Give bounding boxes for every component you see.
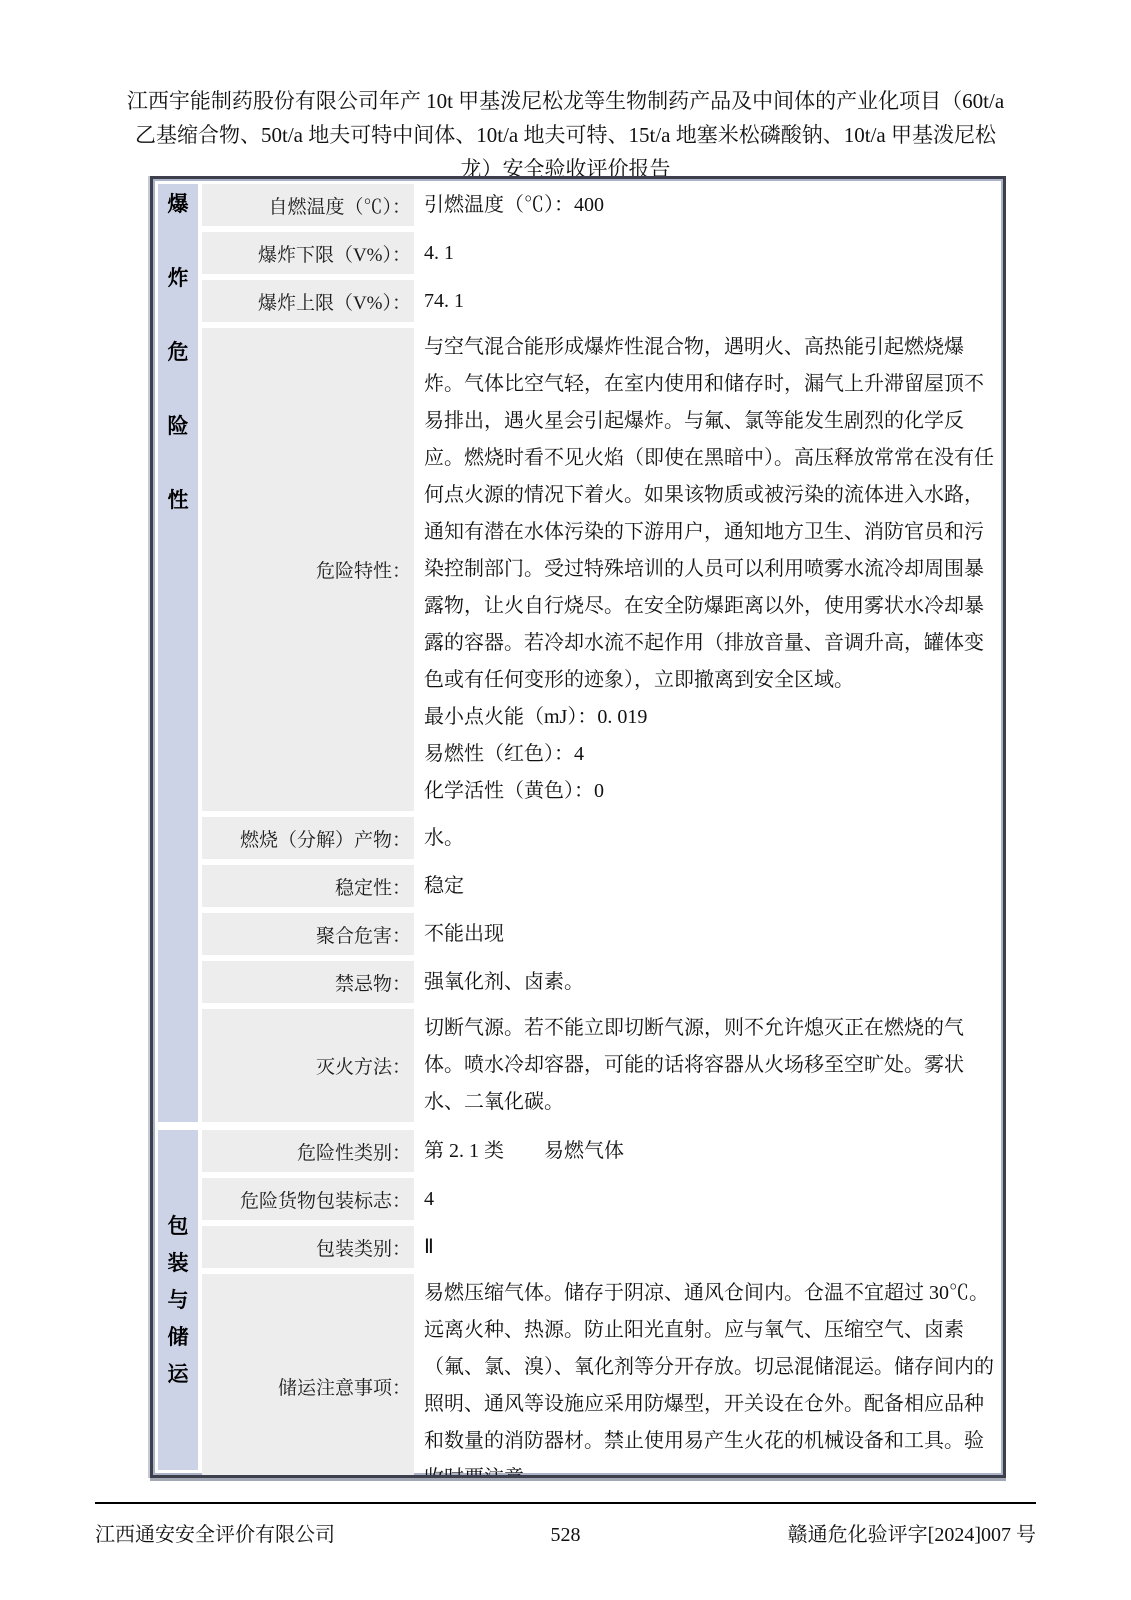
row-value: 水。 — [419, 817, 998, 859]
row-label: 自燃温度（℃）： — [202, 184, 414, 226]
row-value-paragraph: 稳定 — [424, 868, 994, 905]
row-value-paragraph: 引燃温度（℃）：400 — [424, 187, 994, 224]
vertical-label-char: 包 — [168, 1214, 189, 1238]
vertical-label-char: 险 — [168, 414, 189, 438]
row-value-paragraph: 第 2. 1 类 易燃气体 — [424, 1133, 994, 1170]
section-vertical-label: 包装与储运 — [158, 1130, 198, 1470]
row-value: 引燃温度（℃）：400 — [419, 184, 998, 226]
table-row: 爆炸下限（V%）：4. 1 — [202, 232, 998, 274]
row-value: 4 — [419, 1178, 998, 1220]
row-label: 爆炸下限（V%）： — [202, 232, 414, 274]
table-row: 爆炸上限（V%）：74. 1 — [202, 280, 998, 322]
row-label: 储运注意事项： — [202, 1274, 414, 1478]
row-value-paragraph: 最小点火能（mJ）：0. 019 — [424, 699, 994, 736]
row-label: 聚合危害： — [202, 913, 414, 955]
table-row: 自燃温度（℃）：引燃温度（℃）：400 — [202, 184, 998, 226]
footer-page-number: 528 — [551, 1524, 581, 1547]
row-value-paragraph: Ⅱ — [424, 1229, 994, 1266]
row-value: 易燃压缩气体。储存于阴凉、通风仓间内。仓温不宜超过 30℃。远离火种、热源。防止… — [419, 1274, 998, 1478]
vertical-label-char: 性 — [168, 488, 189, 512]
row-value: 强氧化剂、卤素。 — [419, 961, 998, 1003]
row-label: 危险货物包装标志： — [202, 1178, 414, 1220]
footer-doc-number: 赣通危化验评字[2024]007 号 — [581, 1518, 1037, 1547]
vertical-label-char: 炸 — [168, 266, 189, 290]
vertical-label-char: 爆 — [168, 192, 189, 216]
table-row: 危险性类别：第 2. 1 类 易燃气体 — [202, 1130, 998, 1172]
table-row: 聚合危害：不能出现 — [202, 913, 998, 955]
table-row: 稳定性：稳定 — [202, 865, 998, 907]
row-value-paragraph: 水。 — [424, 820, 994, 857]
row-label: 燃烧（分解）产物： — [202, 817, 414, 859]
table-row: 燃烧（分解）产物：水。 — [202, 817, 998, 859]
row-value-paragraph: 与空气混合能形成爆炸性混合物，遇明火、高热能引起燃烧爆炸。气体比空气轻，在室内使… — [424, 329, 994, 699]
row-label: 包装类别： — [202, 1226, 414, 1268]
row-value-paragraph: 74. 1 — [424, 283, 994, 320]
row-value: 与空气混合能形成爆炸性混合物，遇明火、高热能引起燃烧爆炸。气体比空气轻，在室内使… — [419, 328, 998, 811]
row-value-paragraph: 化学活性（黄色）：0 — [424, 773, 994, 810]
row-value: 74. 1 — [419, 280, 998, 322]
vertical-label-char: 与 — [168, 1288, 189, 1312]
section-vertical-label: 爆炸危险性 — [158, 184, 198, 1122]
footer: 江西通安安全评价有限公司 528 赣通危化验评字[2024]007 号 — [95, 1502, 1036, 1547]
table-row: 储运注意事项：易燃压缩气体。储存于阴凉、通风仓间内。仓温不宜超过 30℃。远离火… — [202, 1274, 998, 1478]
row-value-paragraph: 切断气源。若不能立即切断气源，则不允许熄灭正在燃烧的气体。喷水冷却容器，可能的话… — [424, 1010, 994, 1121]
table-section: 爆炸危险性自燃温度（℃）：引燃温度（℃）：400爆炸下限（V%）：4. 1爆炸上… — [158, 184, 998, 1122]
vertical-label-char: 运 — [168, 1362, 189, 1386]
table-section: 包装与储运危险性类别：第 2. 1 类 易燃气体危险货物包装标志：4包装类别：Ⅱ… — [158, 1130, 998, 1470]
row-value-paragraph: 易燃压缩气体。储存于阴凉、通风仓间内。仓温不宜超过 30℃。远离火种、热源。防止… — [424, 1275, 994, 1478]
footer-company: 江西通安安全评价有限公司 — [95, 1518, 551, 1547]
row-value-paragraph: 4 — [424, 1181, 994, 1218]
table-row: 危险特性：与空气混合能形成爆炸性混合物，遇明火、高热能引起燃烧爆炸。气体比空气轻… — [202, 328, 998, 811]
row-value: 切断气源。若不能立即切断气源，则不允许熄灭正在燃烧的气体。喷水冷却容器，可能的话… — [419, 1009, 998, 1122]
table-row: 危险货物包装标志：4 — [202, 1178, 998, 1220]
vertical-label-char: 储 — [168, 1325, 189, 1349]
row-value: 第 2. 1 类 易燃气体 — [419, 1130, 998, 1172]
row-value: 不能出现 — [419, 913, 998, 955]
vertical-label-char: 危 — [168, 340, 189, 364]
table-row: 灭火方法：切断气源。若不能立即切断气源，则不允许熄灭正在燃烧的气体。喷水冷却容器… — [202, 1009, 998, 1122]
row-label: 危险特性： — [202, 328, 414, 811]
row-value: 4. 1 — [419, 232, 998, 274]
row-label: 灭火方法： — [202, 1009, 414, 1122]
hazard-table: 爆炸危险性自燃温度（℃）：引燃温度（℃）：400爆炸下限（V%）：4. 1爆炸上… — [150, 176, 1006, 1478]
page: 江西宇能制药股份有限公司年产 10t 甲基泼尼松龙等生物制药产品及中间体的产业化… — [0, 0, 1131, 1600]
vertical-label-char: 装 — [168, 1251, 189, 1275]
row-label: 禁忌物： — [202, 961, 414, 1003]
row-label: 爆炸上限（V%）： — [202, 280, 414, 322]
row-label: 危险性类别： — [202, 1130, 414, 1172]
row-value-paragraph: 易燃性（红色）：4 — [424, 736, 994, 773]
row-value: 稳定 — [419, 865, 998, 907]
row-value-paragraph: 强氧化剂、卤素。 — [424, 964, 994, 1001]
doc-title-line: 乙基缩合物、50t/a 地夫可特中间体、10t/a 地夫可特、15t/a 地塞米… — [76, 118, 1056, 152]
doc-title-line: 江西宇能制药股份有限公司年产 10t 甲基泼尼松龙等生物制药产品及中间体的产业化… — [76, 84, 1056, 118]
row-value-paragraph: 不能出现 — [424, 916, 994, 953]
row-label: 稳定性： — [202, 865, 414, 907]
table-row: 包装类别：Ⅱ — [202, 1226, 998, 1268]
table-row: 禁忌物：强氧化剂、卤素。 — [202, 961, 998, 1003]
row-value-paragraph: 4. 1 — [424, 235, 994, 272]
doc-title: 江西宇能制药股份有限公司年产 10t 甲基泼尼松龙等生物制药产品及中间体的产业化… — [76, 84, 1056, 186]
row-value: Ⅱ — [419, 1226, 998, 1268]
